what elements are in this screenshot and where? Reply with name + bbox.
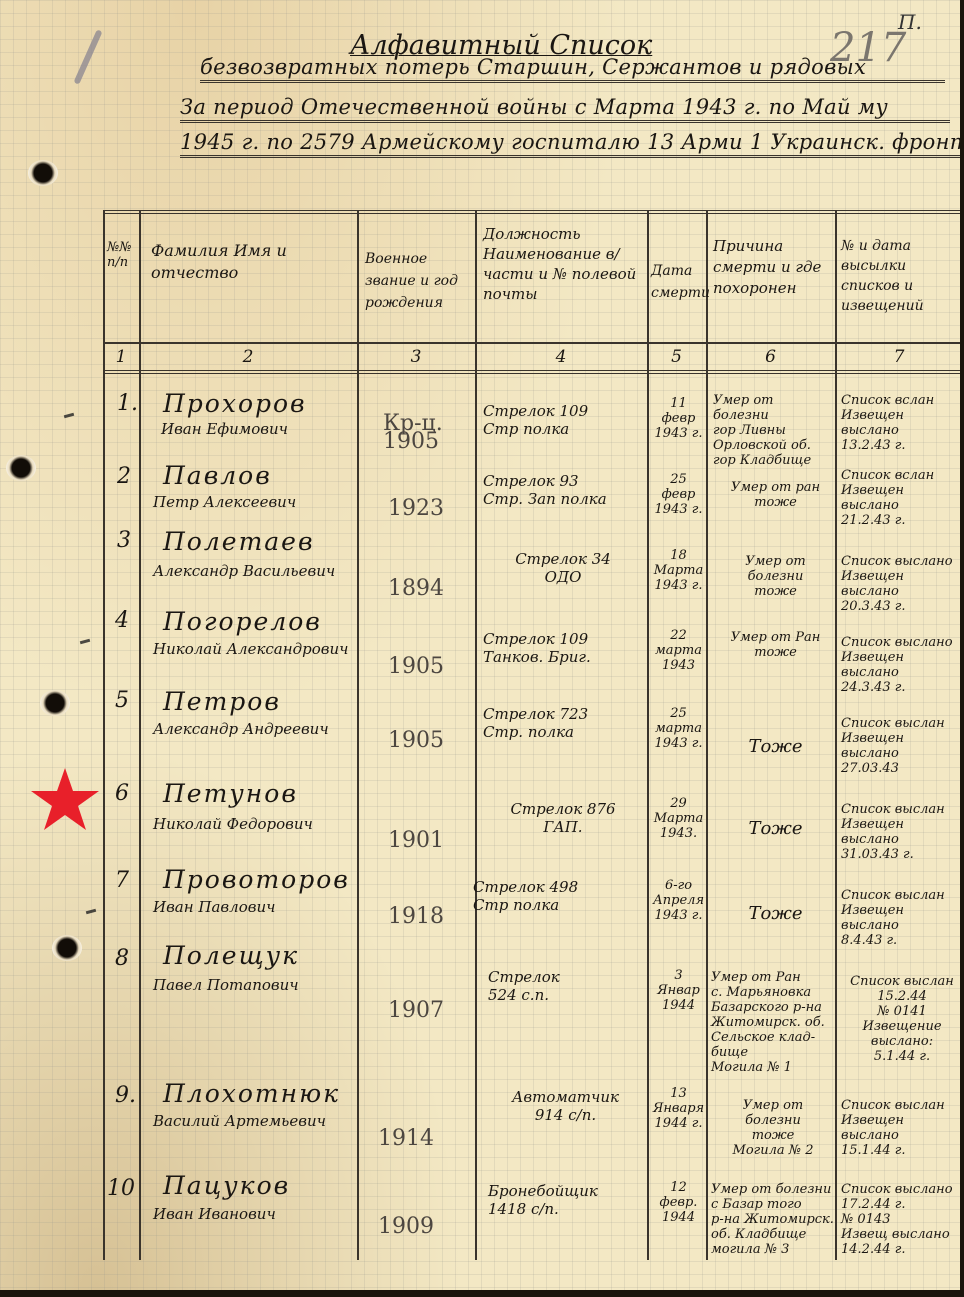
cause-and-burial: Умер от Ран тоже: [718, 630, 833, 660]
death-date: 22 марта 1943: [651, 628, 706, 673]
given-names: Иван Павлович: [153, 898, 275, 916]
surname: Провоторов: [163, 866, 350, 894]
heading-line-2: За период Отечественной войны с Марта 19…: [180, 95, 950, 123]
rank-year: 1914: [378, 1130, 434, 1148]
punch-hole-icon: [6, 455, 36, 481]
colnum-7: 7: [835, 348, 960, 366]
rank-year: 1918: [388, 908, 444, 926]
heading-line-1: безвозвратных потерь Старшин, Сержантов …: [200, 55, 945, 83]
death-date: 25 марта 1943 г.: [651, 706, 706, 751]
row-number: 4: [115, 612, 129, 630]
notice-dispatch: Список выслан Извещен выслано 31.03.43 г…: [841, 802, 960, 862]
rank-year: 1923: [388, 500, 444, 518]
cause-and-burial: Тоже: [718, 820, 833, 838]
cause-and-burial: Умер от болезни тоже: [718, 554, 833, 599]
surname: Павлов: [163, 462, 272, 490]
position: Стрелок 109 Танков. Бриг.: [483, 630, 643, 666]
row-number: 8: [115, 950, 129, 968]
given-names: Василий Артемьевич: [153, 1112, 326, 1130]
rank-year: 1901: [388, 832, 444, 850]
row-number: 3: [117, 532, 131, 550]
tear-mark: [80, 639, 90, 644]
punch-hole-icon: [28, 160, 58, 186]
rank-year: 1894: [388, 580, 444, 598]
colnum-2: 2: [139, 348, 357, 366]
position: Стрелок 524 с.п.: [488, 968, 643, 1004]
header-position: Должность Наименование в/части и № полев…: [483, 224, 643, 304]
surname: Прохоров: [163, 390, 307, 418]
rank-year: 1909: [378, 1218, 434, 1236]
cause-and-burial: Умер от болезни гор Ливны Орловской об. …: [713, 393, 833, 468]
notice-dispatch: Список выслано Извещен выслано 24.3.43 г…: [841, 635, 960, 695]
col-divider: [835, 210, 837, 1260]
rank-year: Кр-ц. 1905: [383, 415, 443, 451]
surname: Погорелов: [163, 608, 322, 636]
header-cause: Причина смерти и где похоронен: [713, 236, 833, 299]
position: Стрелок 498 Стр полка: [473, 878, 638, 914]
header-notice: № и дата высылки списков и извещений: [841, 236, 960, 316]
surname: Петунов: [163, 780, 298, 808]
death-date: 13 Января 1944 г.: [651, 1086, 706, 1131]
row-number: 2: [117, 468, 131, 486]
col-divider: [103, 210, 105, 1260]
given-names: Николай Федорович: [153, 815, 313, 833]
red-star-icon: [30, 768, 100, 830]
row-number: 10: [107, 1180, 135, 1198]
position: Стрелок 34 ОДО: [483, 550, 643, 586]
rank-year: 1905: [388, 732, 444, 750]
heading-line-3: 1945 г. по 2579 Армейскому госпиталю 13 …: [180, 130, 960, 158]
notice-dispatch: Список вслан Извещен выслано 13.2.43 г.: [841, 393, 960, 453]
position: Стрелок 93 Стр. Зап полка: [483, 472, 643, 508]
page-letter: П.: [898, 10, 922, 34]
position: Стрелок 876 ГАП.: [483, 800, 643, 836]
cause-and-burial: Тоже: [718, 905, 833, 923]
given-names: Николай Александрович: [153, 640, 348, 658]
col-divider: [706, 210, 708, 1260]
row-number: 6: [115, 785, 129, 803]
death-date: 11 февр 1943 г.: [651, 396, 706, 441]
header-rule: [103, 342, 960, 344]
colnum-rule: [103, 370, 960, 374]
surname: Петров: [163, 688, 281, 716]
death-date: 6-го Апреля 1943 г.: [651, 878, 706, 923]
given-names: Иван Ефимович: [161, 420, 288, 438]
notice-dispatch: Список выслан Извещен выслано 8.4.43 г.: [841, 888, 960, 948]
cause-and-burial: Умер от болезни тоже Могила № 2: [713, 1098, 833, 1158]
position: Стрелок 723 Стр. полка: [483, 705, 643, 741]
given-names: Петр Алексеевич: [153, 493, 296, 511]
casualty-table: №№ п/п Фамилия Имя и отчество Военное зв…: [103, 210, 960, 1260]
death-date: 25 февр 1943 г.: [651, 472, 706, 517]
cause-and-burial: Умер от Ран с. Марьяновка Базарского р-н…: [711, 970, 835, 1075]
col-divider: [139, 210, 141, 1260]
header-name: Фамилия Имя и отчество: [151, 240, 351, 284]
cause-and-burial: Умер от ран тоже: [718, 480, 833, 510]
position: Бронебойщик 1418 с/п.: [488, 1182, 643, 1218]
document-page: Алфавитный Список 217 П. безвозвратных п…: [0, 0, 960, 1290]
header-death-date: Дата смерти: [651, 260, 705, 304]
row-number: 5: [115, 692, 129, 710]
col-divider: [357, 210, 359, 1260]
tear-mark: [86, 909, 96, 914]
surname: Полетаев: [163, 528, 315, 556]
rank-year: 1907: [388, 1002, 444, 1020]
position: Стрелок 109 Стр полка: [483, 402, 643, 438]
header-num: №№ п/п: [107, 240, 137, 270]
colnum-3: 3: [357, 348, 475, 366]
surname: Полещук: [163, 942, 299, 970]
given-names: Александр Андреевич: [153, 720, 329, 738]
row-number: 7: [115, 872, 129, 890]
punch-hole-icon: [52, 935, 82, 961]
colnum-1: 1: [103, 348, 139, 366]
given-names: Иван Иванович: [153, 1205, 276, 1223]
colnum-6: 6: [706, 348, 835, 366]
colnum-5: 5: [647, 348, 706, 366]
notice-dispatch: Список выслано 17.2.44 г. № 0143 Извещ в…: [841, 1182, 960, 1257]
position: Автоматчик 914 с/п.: [488, 1088, 643, 1124]
table-top-rule: [103, 210, 960, 214]
death-date: 18 Марта 1943 г.: [651, 548, 706, 593]
row-number: 1.: [117, 395, 138, 413]
pencil-stroke-mark: [73, 29, 102, 84]
death-date: 29 Марта 1943.: [651, 796, 706, 841]
notice-dispatch: Список выслано Извещен выслано 20.3.43 г…: [841, 554, 960, 614]
header-rank: Военное звание и год рождения: [365, 248, 473, 314]
punch-hole-icon: [40, 690, 70, 716]
rank-year: 1905: [388, 658, 444, 676]
surname: Плохотнюк: [163, 1080, 340, 1108]
death-date: 12 февр. 1944: [651, 1180, 706, 1225]
given-names: Александр Васильевич: [153, 562, 335, 580]
colnum-4: 4: [475, 348, 647, 366]
notice-dispatch: Список вслан Извещен выслано 21.2.43 г.: [841, 468, 960, 528]
tear-mark: [64, 413, 74, 418]
death-date: 3 Январ 1944: [651, 968, 706, 1013]
given-names: Павел Потапович: [153, 976, 299, 994]
notice-dispatch: Список выслан Извещен выслано 15.1.44 г.: [841, 1098, 960, 1158]
notice-dispatch: Список выслан Извещен выслано 27.03.43: [841, 716, 960, 776]
notice-dispatch: Список выслан 15.2.44 № 0141 Извещение в…: [843, 974, 960, 1064]
cause-and-burial: Умер от болезни с Базар того р-на Житоми…: [711, 1182, 835, 1257]
col-divider: [647, 210, 649, 1260]
cause-and-burial: Тоже: [718, 738, 833, 756]
surname: Пацуков: [163, 1172, 290, 1200]
col-divider: [475, 210, 477, 1260]
row-number: 9.: [115, 1087, 136, 1105]
